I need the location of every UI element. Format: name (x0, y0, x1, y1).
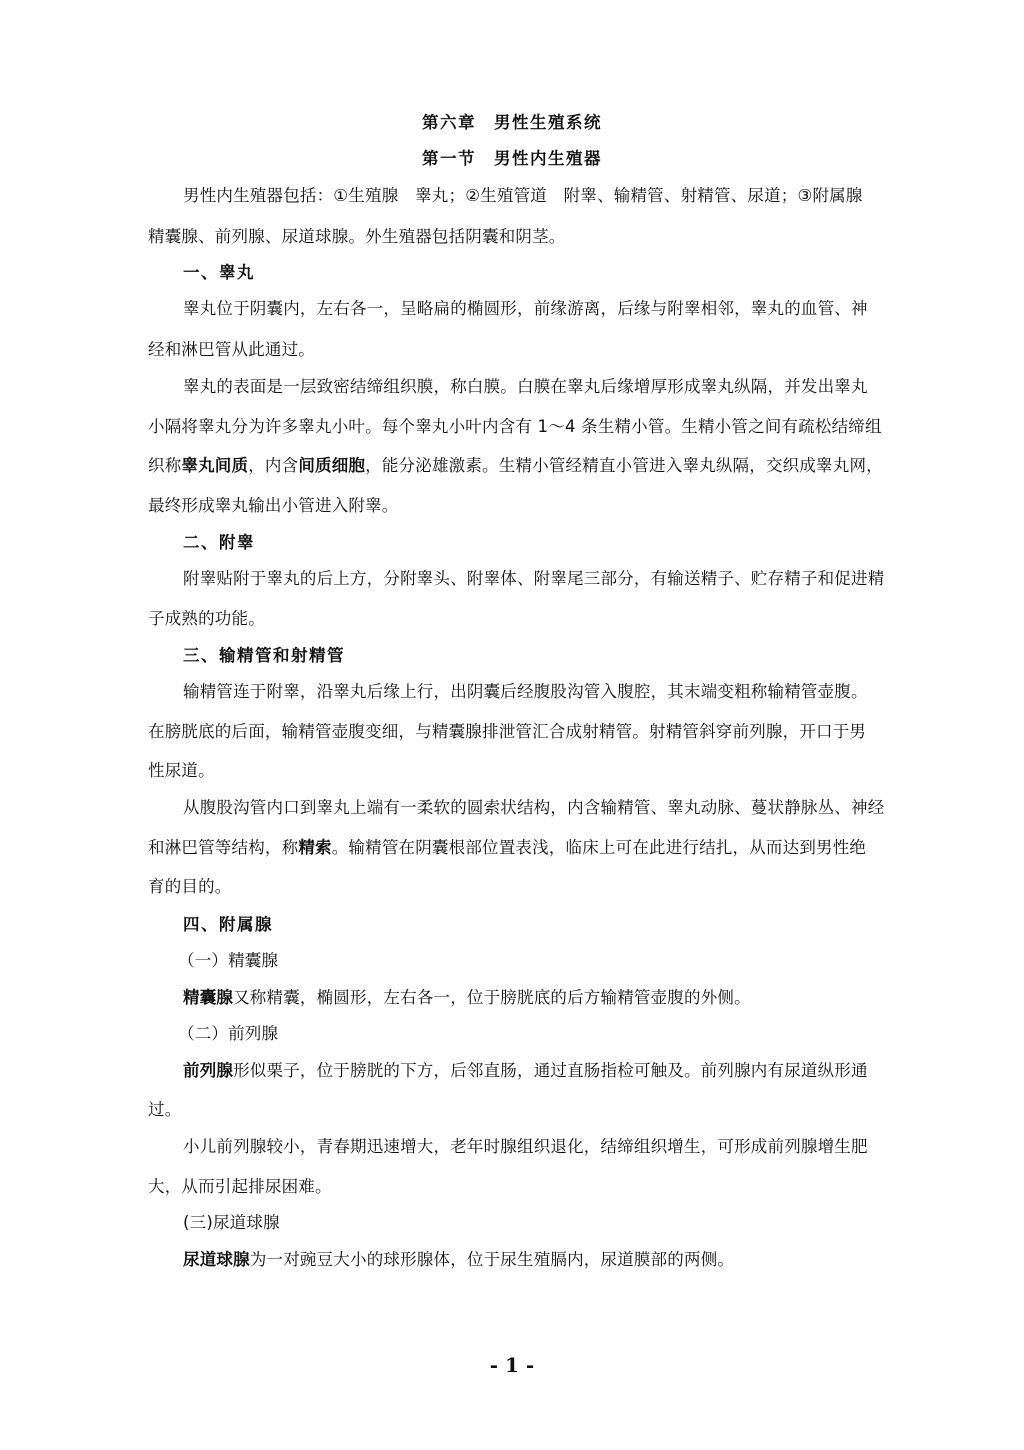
text-run: 又称精囊，椭圆形，左右各一，位于膀胱底的后方输精管壶腹的外侧。 (233, 988, 751, 1007)
text-run: 为一对豌豆大小的球形腺体，位于尿生殖膈内，尿道膜部的两侧。 (250, 1250, 734, 1269)
term-spermatic-cord: 精索 (298, 838, 331, 857)
heading-vas-deferens: 三、输精管和射精管 (183, 645, 973, 667)
paragraph-line: 从腹股沟管内口到睾丸上端有一柔软的圆索状结构，内含输精管、睾丸动脉、蔓状静脉丛、… (183, 797, 973, 819)
paragraph-line: 睾丸位于阴囊内，左右各一，呈略扁的椭圆形，前缘游离，后缘与附睾相邻，睾丸的血管、… (183, 298, 973, 320)
text-run: 织称 (148, 456, 181, 475)
paragraph-line: 和淋巴管等结构，称精索。输精管在阴囊根部位置表浅，临床上可在此进行结扎，从而达到… (148, 837, 938, 859)
chapter-title: 第六章 男性生殖系统 (0, 112, 1024, 134)
paragraph-line: 性尿道。 (148, 760, 938, 782)
paragraph-line: 育的目的。 (148, 876, 938, 898)
paragraph-line: 大，从而引起排尿困难。 (148, 1176, 938, 1198)
paragraph-line: 附睾贴附于睾丸的后上方，分附睾头、附睾体、附睾尾三部分，有输送精子、贮存精子和促… (183, 568, 973, 590)
intro-paragraph-line: 精囊腺、前列腺、尿道球腺。外生殖器包括阴囊和阴茎。 (148, 226, 938, 248)
subheading-seminal-vesicle: （一）精囊腺 (178, 950, 968, 972)
term-interstitium: 睾丸间质 (181, 456, 248, 475)
paragraph-line: 子成熟的功能。 (148, 608, 938, 630)
subheading-bulbourethral: (三)尿道球腺 (183, 1212, 973, 1234)
term-interstitial-cells: 间质细胞 (298, 456, 365, 475)
heading-testis: 一、睾丸 (183, 262, 973, 284)
text-run: ，内含 (248, 456, 298, 475)
paragraph-line: 小儿前列腺较小，青春期迅速增大，老年时腺组织退化，结缔组织增生，可形成前列腺增生… (183, 1136, 973, 1158)
paragraph-line: 最终形成睾丸输出小管进入附睾。 (148, 495, 938, 517)
text-run: 和淋巴管等结构，称 (148, 838, 298, 857)
paragraph-line: 织称睾丸间质，内含间质细胞，能分泌雄激素。生精小管经精直小管进入睾丸纵隔，交织成… (148, 455, 938, 477)
subheading-prostate: （二）前列腺 (178, 1023, 968, 1045)
paragraph-line: 过。 (148, 1099, 938, 1121)
text-run: 形似栗子，位于膀胱的下方，后邻直肠，通过直肠指检可触及。前列腺内有尿道纵形通 (233, 1061, 868, 1080)
text-run: ，能分泌雄激素。生精小管经精直小管进入睾丸纵隔，交织成睾丸网， (365, 456, 883, 475)
heading-accessory-glands: 四、附属腺 (183, 914, 973, 936)
paragraph-line: 精囊腺又称精囊，椭圆形，左右各一，位于膀胱底的后方输精管壶腹的外侧。 (183, 987, 973, 1009)
text-run: 。输精管在阴囊根部位置表浅，临床上可在此进行结扎，从而达到男性绝 (332, 838, 866, 857)
intro-paragraph-line: 男性内生殖器包括：①生殖腺 睾丸；②生殖管道 附睾、输精管、射精管、尿道；③附属… (183, 185, 973, 207)
paragraph-line: 经和淋巴管从此通过。 (148, 339, 938, 361)
term-bulbourethral-gland: 尿道球腺 (183, 1250, 250, 1269)
paragraph-line: 睾丸的表面是一层致密结缔组织膜，称白膜。白膜在睾丸后缘增厚形成睾丸纵隔，并发出睾… (183, 376, 973, 398)
paragraph-line: 在膀胱底的后面，输精管壶腹变细，与精囊腺排泄管汇合成射精管。射精管斜穿前列腺，开… (148, 721, 938, 743)
paragraph-line: 尿道球腺为一对豌豆大小的球形腺体，位于尿生殖膈内，尿道膜部的两侧。 (183, 1249, 973, 1271)
term-seminal-vesicle: 精囊腺 (183, 988, 233, 1007)
paragraph-line: 小隔将睾丸分为许多睾丸小叶。每个睾丸小叶内含有 1～4 条生精小管。生精小管之间… (148, 416, 938, 438)
term-prostate: 前列腺 (183, 1061, 233, 1080)
heading-epididymis: 二、附睾 (183, 532, 973, 554)
document-page: 第六章 男性生殖系统 第一节 男性内生殖器 男性内生殖器包括：①生殖腺 睾丸；②… (0, 0, 1024, 1450)
page-number: - 1 - (0, 1353, 1024, 1377)
paragraph-line: 输精管连于附睾，沿睾丸后缘上行，出阴囊后经腹股沟管入腹腔，其末端变粗称输精管壶腹… (183, 681, 973, 703)
section-title: 第一节 男性内生殖器 (0, 148, 1024, 170)
paragraph-line: 前列腺形似栗子，位于膀胱的下方，后邻直肠，通过直肠指检可触及。前列腺内有尿道纵形… (183, 1060, 973, 1082)
